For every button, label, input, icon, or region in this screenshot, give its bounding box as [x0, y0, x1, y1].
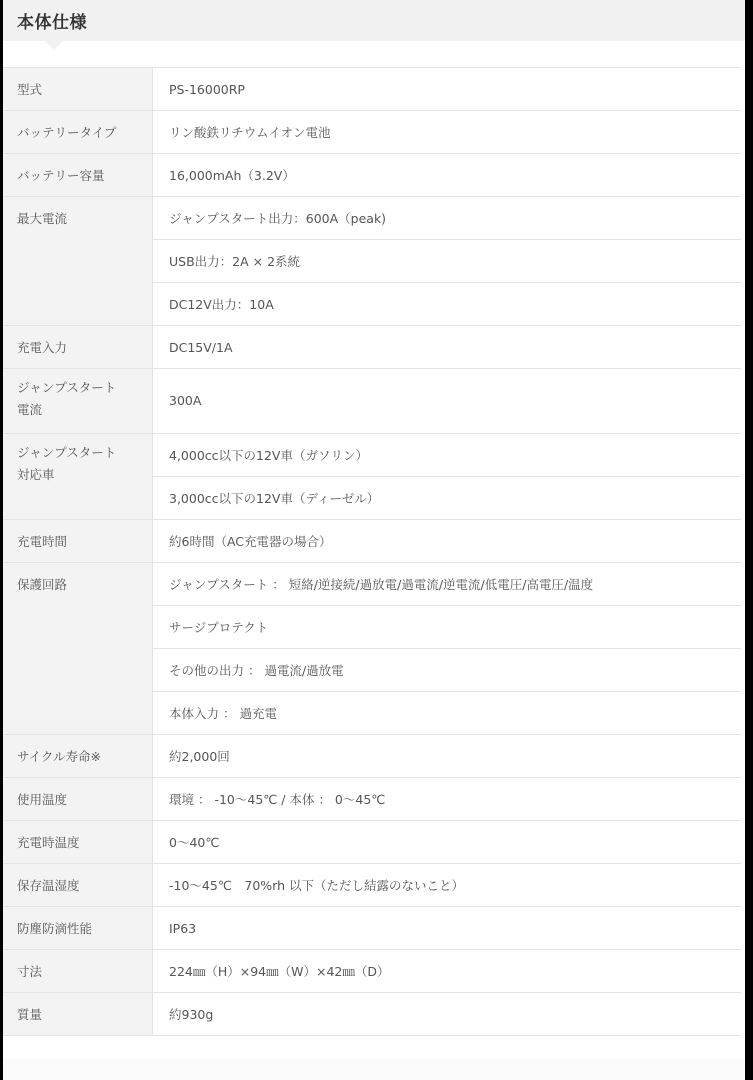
spec-row-protection: 保護回路 ジャンプスタート ： 短絡/逆接続/過放電/過電流/逆電流/低電圧/高… — [3, 563, 741, 606]
spec-row-operating-temp: 使用温度 環境 ： -10～45℃ / 本体 ： 0～45℃ — [3, 778, 741, 821]
spec-row-cycle-life: サイクル寿命※ 約2,000回 — [3, 735, 741, 778]
spec-row-model: 型式 PS-16000RP — [3, 68, 741, 111]
spec-label: ジャンプスタート 電流 — [3, 369, 153, 434]
spec-value: サージプロテクト — [153, 606, 742, 649]
spec-value: 16,000mAh（3.2V） — [153, 154, 742, 197]
spec-label: 充電時間 — [3, 520, 153, 563]
spec-value: DC12V出力：10A — [153, 283, 742, 326]
spec-label: 充電入力 — [3, 326, 153, 369]
spec-page: 本体仕様 型式 PS-16000RP バッテリータイプ リン酸鉄リチウムイオン電… — [3, 0, 745, 1080]
spec-value: 0～40℃ — [153, 821, 742, 864]
spec-value: 環境 ： -10～45℃ / 本体 ： 0～45℃ — [153, 778, 742, 821]
spec-row-weight: 質量 約930g — [3, 993, 741, 1036]
spec-label: 保存温湿度 — [3, 864, 153, 907]
spec-label: 防塵防滴性能 — [3, 907, 153, 950]
bottom-spacer — [3, 1059, 745, 1080]
spec-value: 約930g — [153, 993, 742, 1036]
spec-row-battery-type: バッテリータイプ リン酸鉄リチウムイオン電池 — [3, 111, 741, 154]
spec-value: PS-16000RP — [153, 68, 742, 111]
spec-row-dimensions: 寸法 224㎜（H）×94㎜（W）×42㎜（D） — [3, 950, 741, 993]
spec-value: ジャンプスタート出力：600A（peak) — [153, 197, 742, 240]
section-header: 本体仕様 — [3, 0, 745, 41]
spec-label: 質量 — [3, 993, 153, 1036]
spec-value: -10～45℃ 70%rh 以下（ただし結露のないこと） — [153, 864, 742, 907]
spec-label-line: ジャンプスタート — [17, 442, 152, 464]
header-arrow-decoration — [45, 41, 63, 50]
spec-label: 使用温度 — [3, 778, 153, 821]
spec-label: 寸法 — [3, 950, 153, 993]
spec-value: 3,000cc以下の12V車（ディーゼル） — [153, 477, 742, 520]
section-title: 本体仕様 — [17, 8, 87, 33]
spec-value: 300A — [153, 369, 742, 434]
spec-row-charge-input: 充電入力 DC15V/1A — [3, 326, 741, 369]
spec-row-jumpstart-current: ジャンプスタート 電流 300A — [3, 369, 741, 434]
spec-row-charging-temp: 充電時温度 0～40℃ — [3, 821, 741, 864]
spec-row-ingress-protection: 防塵防滴性能 IP63 — [3, 907, 741, 950]
spec-value: リン酸鉄リチウムイオン電池 — [153, 111, 742, 154]
spec-label: サイクル寿命※ — [3, 735, 153, 778]
spec-value: 約2,000回 — [153, 735, 742, 778]
spec-row-max-current: 最大電流 ジャンプスタート出力：600A（peak) — [3, 197, 741, 240]
spec-value: IP63 — [153, 907, 742, 950]
spec-value: その他の出力 ： 過電流/過放電 — [153, 649, 742, 692]
spec-row-charge-time: 充電時間 約6時間（AC充電器の場合） — [3, 520, 741, 563]
spec-label: バッテリー容量 — [3, 154, 153, 197]
spec-label: ジャンプスタート 対応車 — [3, 434, 153, 520]
spec-value: 本体入力 ： 過充電 — [153, 692, 742, 735]
spec-row-jumpstart-vehicles: ジャンプスタート 対応車 4,000cc以下の12V車（ガソリン） — [3, 434, 741, 477]
spec-value: 4,000cc以下の12V車（ガソリン） — [153, 434, 742, 477]
spec-value: 224㎜（H）×94㎜（W）×42㎜（D） — [153, 950, 742, 993]
spec-value: 約6時間（AC充電器の場合） — [153, 520, 742, 563]
spec-label: 充電時温度 — [3, 821, 153, 864]
spec-label: バッテリータイプ — [3, 111, 153, 154]
spec-value: USB出力：2A × 2系統 — [153, 240, 742, 283]
spec-value: ジャンプスタート ： 短絡/逆接続/過放電/過電流/逆電流/低電圧/高電圧/温度 — [153, 563, 742, 606]
spec-label-line: ジャンプスタート — [17, 377, 152, 399]
spec-row-battery-capacity: バッテリー容量 16,000mAh（3.2V） — [3, 154, 741, 197]
spec-label: 最大電流 — [3, 197, 153, 326]
spec-value: DC15V/1A — [153, 326, 742, 369]
spec-label-line: 対応車 — [17, 464, 152, 486]
spec-table: 型式 PS-16000RP バッテリータイプ リン酸鉄リチウムイオン電池 バッテ… — [3, 67, 741, 1036]
spec-label: 保護回路 — [3, 563, 153, 735]
spec-row-storage-conditions: 保存温湿度 -10～45℃ 70%rh 以下（ただし結露のないこと） — [3, 864, 741, 907]
spec-label: 型式 — [3, 68, 153, 111]
spec-label-line: 電流 — [17, 399, 152, 421]
